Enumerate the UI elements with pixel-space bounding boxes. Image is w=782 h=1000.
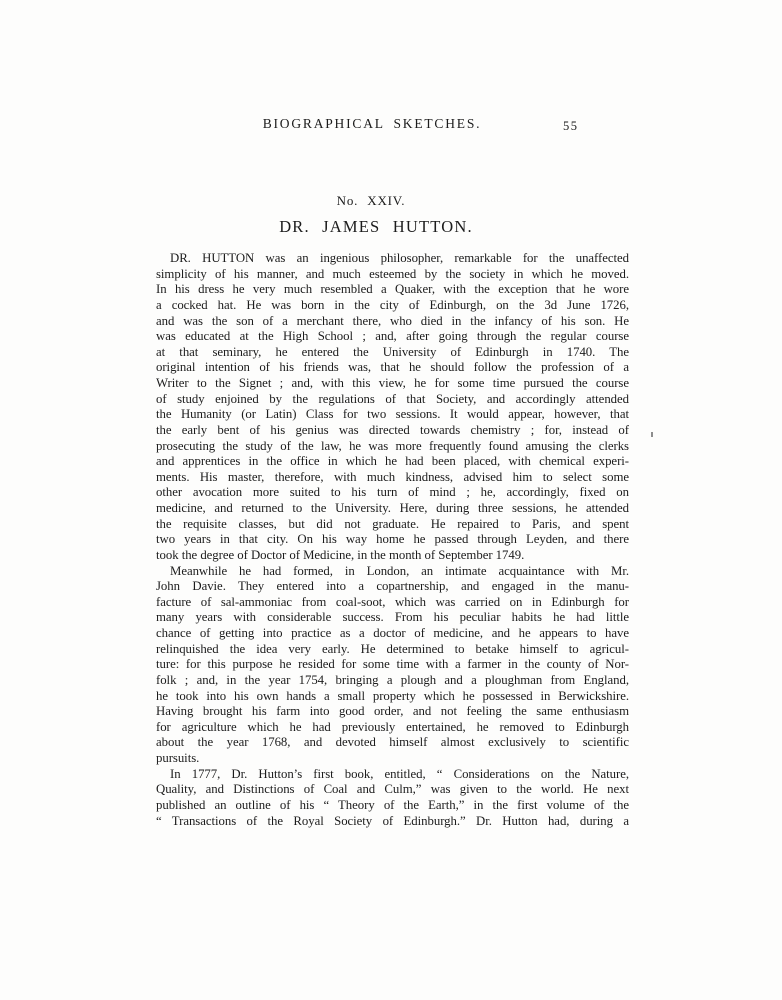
- text-line: the early bent of his genius was directe…: [156, 423, 629, 439]
- text-line: facture of sal-ammoniac from coal-soot, …: [156, 595, 629, 611]
- text-line: ments. His master, therefore, with much …: [156, 470, 629, 486]
- chapter-title: DR. JAMES HUTTON.: [279, 217, 473, 237]
- text-line: simplicity of his manner, and much estee…: [156, 267, 629, 283]
- text-line: chance of getting into practice as a doc…: [156, 626, 629, 642]
- text-line: and was the son of a merchant there, who…: [156, 314, 629, 330]
- text-line: for agriculture which he had previously …: [156, 720, 629, 736]
- text-line: was educated at the High School ; and, a…: [156, 329, 629, 345]
- paragraph: Meanwhile he had formed, in London, an i…: [156, 564, 629, 767]
- running-header-title: BIOGRAPHICAL SKETCHES.: [263, 116, 482, 132]
- text-line: other avocation more suited to his turn …: [156, 485, 629, 501]
- text-line: prosecuting the study of the law, he was…: [156, 439, 629, 455]
- text-line: the requisite classes, but did not gradu…: [156, 517, 629, 533]
- text-line: In 1777, Dr. Hutton’s first book, entitl…: [156, 767, 629, 783]
- text-line: a cocked hat. He was born in the city of…: [156, 298, 629, 314]
- running-header: BIOGRAPHICAL SKETCHES. 55: [0, 116, 782, 136]
- section-number: No. XXIV.: [337, 193, 406, 209]
- text-line: Quality, and Distinctions of Coal and Cu…: [156, 782, 629, 798]
- text-line: DR. HUTTON was an ingenious philosopher,…: [156, 251, 629, 267]
- book-page: BIOGRAPHICAL SKETCHES. 55 No. XXIV. DR. …: [0, 0, 782, 1000]
- body-text: DR. HUTTON was an ingenious philosopher,…: [156, 251, 629, 829]
- text-line: Writer to the Signet ; and, with this vi…: [156, 376, 629, 392]
- text-line: John Davie. They entered into a copartne…: [156, 579, 629, 595]
- text-line: at that seminary, he entered the Univers…: [156, 345, 629, 361]
- text-line: the Humanity (or Latin) Class for two se…: [156, 407, 629, 423]
- text-line: Meanwhile he had formed, in London, an i…: [156, 564, 629, 580]
- text-line: about the year 1768, and devoted himself…: [156, 735, 629, 751]
- text-line: pursuits.: [156, 751, 629, 767]
- text-line: original intention of his friends was, t…: [156, 360, 629, 376]
- text-line: ture: for this purpose he resided for so…: [156, 657, 629, 673]
- scan-speck: [651, 432, 653, 437]
- text-line: many years with considerable success. Fr…: [156, 610, 629, 626]
- text-line: “ Transactions of the Royal Society of E…: [156, 814, 629, 830]
- text-line: Having brought his farm into good order,…: [156, 704, 629, 720]
- text-line: published an outline of his “ Theory of …: [156, 798, 629, 814]
- text-line: In his dress he very much resembled a Qu…: [156, 282, 629, 298]
- text-line: two years in that city. On his way home …: [156, 532, 629, 548]
- text-line: medicine, and returned to the University…: [156, 501, 629, 517]
- text-line: and apprentices in the office in which h…: [156, 454, 629, 470]
- text-line: folk ; and, in the year 1754, bringing a…: [156, 673, 629, 689]
- text-line: relinquished the idea very early. He det…: [156, 642, 629, 658]
- page-number: 55: [563, 119, 579, 134]
- paragraph: DR. HUTTON was an ingenious philosopher,…: [156, 251, 629, 564]
- paragraph: In 1777, Dr. Hutton’s first book, entitl…: [156, 767, 629, 830]
- text-line: of study enjoined by the regulations of …: [156, 392, 629, 408]
- text-line: he took into his own hands a small prope…: [156, 689, 629, 705]
- text-line: took the degree of Doctor of Medicine, i…: [156, 548, 629, 564]
